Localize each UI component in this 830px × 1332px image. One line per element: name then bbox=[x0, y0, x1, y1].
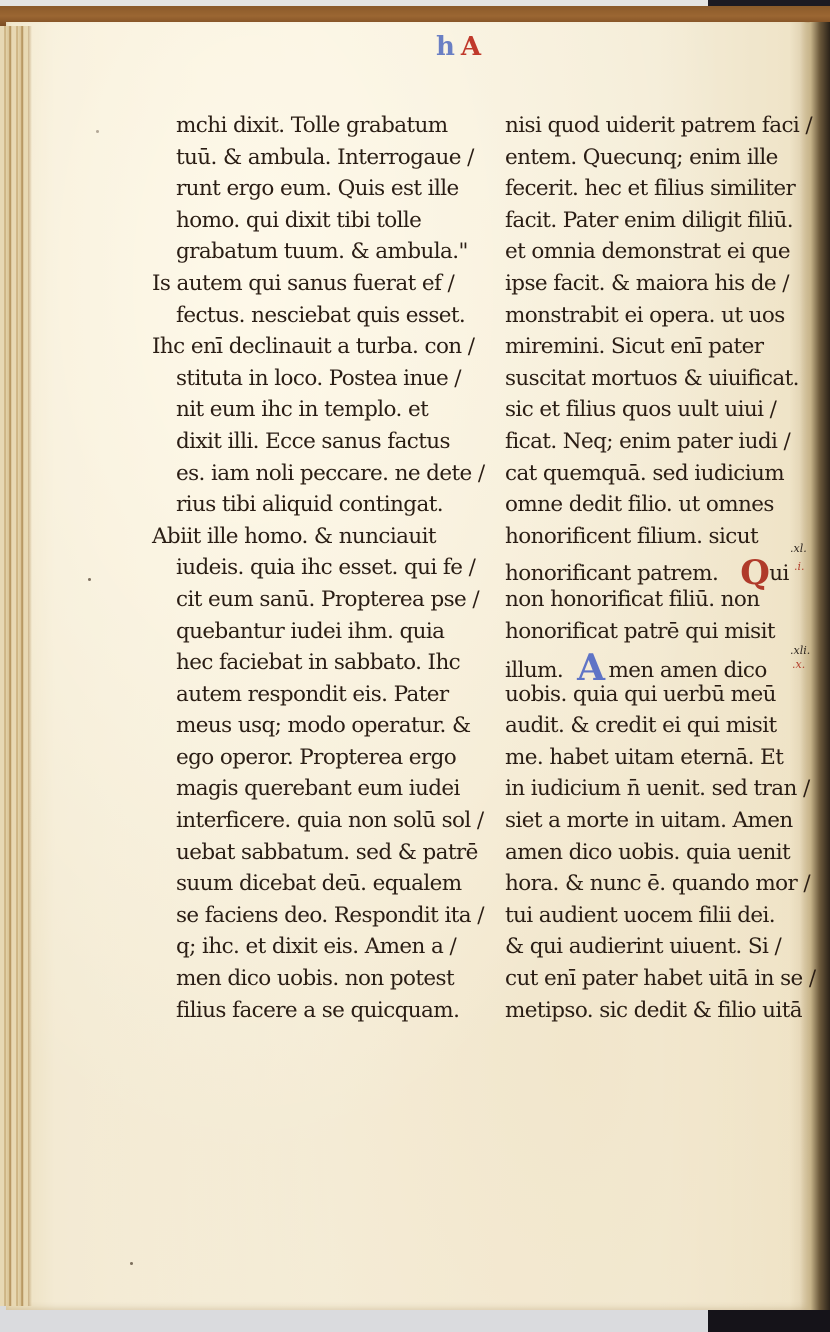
text-line: stituta in loco. Postea inue / bbox=[176, 363, 476, 395]
text-line: Is autem qui sanus fuerat ef / bbox=[152, 268, 476, 300]
signature-letter-blue: h bbox=[436, 32, 457, 62]
background-bottom bbox=[0, 1310, 708, 1332]
text-line: uobis. quia qui uerbū meū bbox=[505, 679, 795, 711]
marginal-note: .xl. bbox=[790, 542, 807, 555]
text-line: cut enī pater habet uitā in se / bbox=[505, 963, 795, 995]
text-line: honorificat patrē qui misit bbox=[505, 616, 795, 648]
text-line: grabatum tuum. & ambula." bbox=[176, 236, 476, 268]
text-line: honorificent filium. sicut bbox=[505, 521, 795, 553]
text-line: audit. & credit ei qui misit bbox=[505, 710, 795, 742]
text-line: siet a morte in uitam. Amen bbox=[505, 805, 795, 837]
text-line: monstrabit ei opera. ut uos bbox=[505, 300, 795, 332]
text-column-right: nisi quod uiderit patrem faci / entem. Q… bbox=[505, 110, 795, 1026]
ink-speck bbox=[130, 1262, 133, 1265]
text-line: metipso. sic dedit & filio uitā bbox=[505, 995, 795, 1027]
text-line: mchi dixit. Tolle grabatum bbox=[176, 110, 476, 142]
text-line: fecerit. hec et filius similiter bbox=[505, 173, 795, 205]
text-line: entem. Quecunq; enim ille bbox=[505, 142, 795, 174]
text-line: tui audient uocem filii dei. bbox=[505, 900, 795, 932]
text-line: iudeis. quia ihc esset. qui fe / bbox=[176, 552, 476, 584]
background-dark-bottom-right bbox=[708, 1310, 830, 1332]
text-line: miremini. Sicut enī pater bbox=[505, 331, 795, 363]
text-line: ego operor. Propterea ergo bbox=[176, 742, 476, 774]
text-line: quebantur iudei ihm. quia bbox=[176, 616, 476, 648]
text-line: fectus. nesciebat quis esset. bbox=[176, 300, 476, 332]
text-line: meus usq; modo operatur. & bbox=[176, 710, 476, 742]
text-line: nit eum ihc in templo. et bbox=[176, 394, 476, 426]
text-line: non honorificat filiū. non bbox=[505, 584, 795, 616]
text-line: q; ihc. et dixit eis. Amen a / bbox=[176, 931, 476, 963]
text-line: suscitat mortuos & uiuificat. bbox=[505, 363, 795, 395]
text-column-left: mchi dixit. Tolle grabatum tuū. & ambula… bbox=[176, 110, 476, 1026]
text-line: me. habet uitam eternā. Et bbox=[505, 742, 795, 774]
text-line: facit. Pater enim diligit filiū. bbox=[505, 205, 795, 237]
quire-signature: hA bbox=[436, 32, 483, 62]
text-segment: honorificant patrem. bbox=[505, 561, 718, 586]
text-line: men dico uobis. non potest bbox=[176, 963, 476, 995]
text-line: ipse facit. & maiora his de / bbox=[505, 268, 795, 300]
text-line: tuū. & ambula. Interrogaue / bbox=[176, 142, 476, 174]
manuscript-image: hA mchi dixit. Tolle grabatum tuū. & amb… bbox=[0, 0, 830, 1332]
text-line: suum dicebat deū. equalem bbox=[176, 868, 476, 900]
text-line: interficere. quia non solū sol / bbox=[176, 805, 476, 837]
ink-speck bbox=[88, 578, 91, 581]
text-line: autem respondit eis. Pater bbox=[176, 679, 476, 711]
marginal-note: .i. bbox=[794, 560, 805, 573]
text-line: hec faciebat in sabbato. Ihc bbox=[176, 647, 476, 679]
text-line: cit eum sanū. Propterea pse / bbox=[176, 584, 476, 616]
marginal-note: .xli. bbox=[790, 644, 810, 657]
text-line: omne dedit filio. ut omnes bbox=[505, 489, 795, 521]
marginal-note: .x. bbox=[792, 658, 805, 671]
text-line: hora. & nunc ē. quando mor / bbox=[505, 868, 795, 900]
text-line-with-initial-q: honorificant patrem.Qui bbox=[505, 552, 795, 584]
text-line: nisi quod uiderit patrem faci / bbox=[505, 110, 795, 142]
text-line: runt ergo eum. Quis est ille bbox=[176, 173, 476, 205]
text-line: cat quemquā. sed iudicium bbox=[505, 458, 795, 490]
text-line: rius tibi aliquid contingat. bbox=[176, 489, 476, 521]
text-line: amen dico uobis. quia uenit bbox=[505, 837, 795, 869]
text-line: & qui audierint uiuent. Si / bbox=[505, 931, 795, 963]
text-line: uebat sabbatum. sed & patrē bbox=[176, 837, 476, 869]
ink-speck bbox=[96, 130, 99, 133]
text-line-with-initial-a: illum.Amen amen dico bbox=[505, 647, 795, 679]
text-line: sic et filius quos uult uiui / bbox=[505, 394, 795, 426]
text-line: magis querebant eum iudei bbox=[176, 773, 476, 805]
text-line: es. iam noli peccare. ne dete / bbox=[176, 458, 476, 490]
text-line: se faciens deo. Respondit ita / bbox=[176, 900, 476, 932]
text-line: ficat. Neq; enim pater iudi / bbox=[505, 426, 795, 458]
text-line: homo. qui dixit tibi tolle bbox=[176, 205, 476, 237]
text-segment: ui bbox=[769, 561, 789, 586]
text-line: Abiit ille homo. & nunciauit bbox=[152, 521, 476, 553]
text-line: et omnia demonstrat ei que bbox=[505, 236, 795, 268]
text-line: filius facere a se quicquam. bbox=[176, 995, 476, 1027]
text-line: in iudicium n̄ uenit. sed tran / bbox=[505, 773, 795, 805]
text-line: dixit illi. Ecce sanus factus bbox=[176, 426, 476, 458]
page-stack-gutter bbox=[0, 26, 28, 1306]
text-line: Ihc enī declinauit a turba. con / bbox=[152, 331, 476, 363]
signature-letter-red: A bbox=[461, 32, 483, 62]
